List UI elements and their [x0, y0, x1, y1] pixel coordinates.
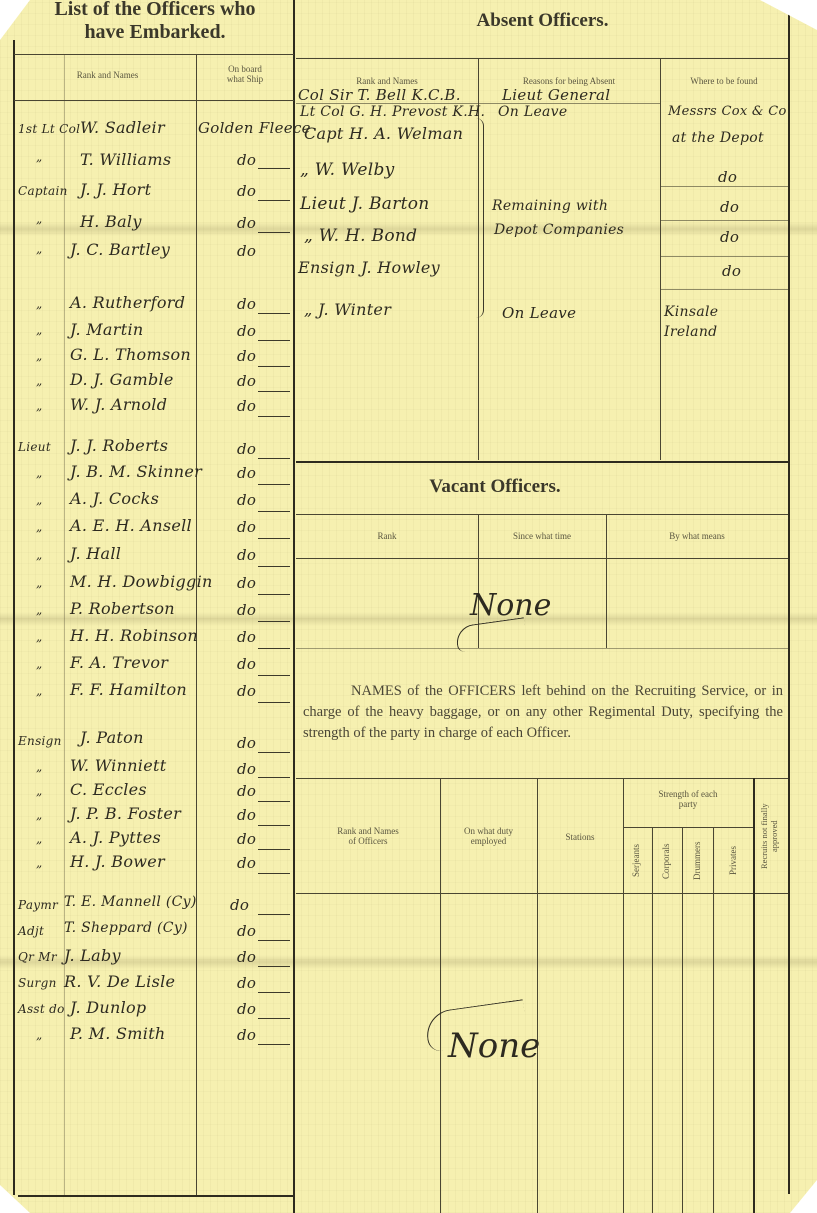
embarked-rank: „ [36, 784, 43, 798]
rule [296, 58, 788, 59]
absent-reason: Lieut General [502, 86, 610, 104]
embarked-rank: Qr Mr [18, 950, 57, 964]
embarked-name: F. F. Hamilton [70, 680, 187, 699]
embarked-rank: „ [36, 399, 43, 413]
embarked-rank: „ [36, 1028, 43, 1042]
embarked-ship: do [237, 655, 256, 673]
section-rule [296, 461, 788, 463]
recruit-col-recruits-line1: Recruits not finally [759, 803, 769, 869]
embarked-ship: do [237, 546, 256, 564]
embarked-ship: do [237, 151, 256, 169]
muster-roll-page: List of the Officers who have Embarked. … [0, 0, 817, 1213]
embarked-name: T. Williams [80, 150, 171, 169]
embarked-ship: do [237, 182, 256, 200]
embarked-name: H. H. Robinson [70, 626, 198, 645]
absent-where: Messrs Cox & Co [668, 104, 787, 119]
absent-rank-name: Ensign J. Howley [298, 258, 440, 277]
underline-dash [258, 849, 290, 850]
embarked-name: W. Sadleir [80, 118, 165, 137]
embarked-rank: „ [36, 242, 43, 256]
rule [296, 778, 788, 779]
underline-dash [258, 825, 290, 826]
embarked-ship: Golden Fleece [198, 119, 311, 137]
recruit-col-privates: Privates [728, 832, 738, 890]
embarked-rank: „ [36, 150, 43, 164]
vacant-col-rank: Rank [296, 531, 478, 541]
embarked-name: H. Baly [80, 212, 142, 231]
underline-dash [258, 232, 290, 233]
absent-reason: On Leave [502, 304, 576, 322]
recruit-col-rank-names: Rank and Names of Officers [296, 826, 440, 846]
absent-where: do [720, 228, 739, 246]
embarked-rank: „ [36, 323, 43, 337]
recruit-col-rank-names-line1: Rank and Names [296, 826, 440, 836]
underline-dash [258, 752, 290, 753]
rule [14, 100, 294, 101]
embarked-rank: „ [36, 297, 43, 311]
embarked-name: M. H. Dowbiggin [70, 572, 213, 591]
absent-where: Kinsale Ireland [664, 302, 764, 342]
embarked-ship: do [237, 806, 256, 824]
underline-dash [258, 621, 290, 622]
embarked-rank: „ [36, 856, 43, 870]
absent-rank-name: „ W. Welby [300, 160, 395, 180]
recruiting-instructions: NAMES of the OFFICERS left behind on the… [303, 681, 783, 744]
embarked-ship: do [237, 682, 256, 700]
embarked-name: A. J. Pyttes [70, 828, 161, 847]
recruit-col-stations: Stations [537, 832, 623, 842]
embarked-ship: do [237, 782, 256, 800]
embarked-rank: „ [36, 657, 43, 671]
vacant-none-entry: None [470, 588, 551, 623]
col-rank-names: Rank and Names [20, 70, 195, 80]
underline-dash [258, 966, 290, 967]
underline-dash [258, 648, 290, 649]
underline-dash [258, 416, 290, 417]
embarked-name: P. Robertson [70, 599, 175, 618]
absent-reason: On Leave [498, 104, 567, 120]
recruit-col-divider [713, 827, 714, 1213]
recruit-col-recruits: Recruits not finally approved [759, 782, 779, 890]
embarked-name: J. B. M. Skinner [70, 462, 202, 481]
embarked-rank: „ [36, 520, 43, 534]
rule [660, 220, 788, 221]
paper-fold [0, 955, 817, 969]
embarked-name: T. Sheppard (Cy) [64, 920, 188, 936]
underline-dash [258, 702, 290, 703]
absent-rank-name: „ J. Winter [304, 300, 391, 319]
embarked-name: W. Winniett [70, 756, 166, 775]
embarked-rank: „ [36, 808, 43, 822]
underline-dash [258, 391, 290, 392]
embarked-name: J. Martin [70, 320, 143, 339]
embarked-rank: „ [36, 576, 43, 590]
embarked-ship: do [237, 464, 256, 482]
embarked-rank: „ [36, 374, 43, 388]
underline-dash [258, 873, 290, 874]
embarked-rank: „ [36, 684, 43, 698]
recruit-col-duty: On what duty employed [440, 826, 537, 846]
embarked-rank: Lieut [18, 440, 51, 454]
underline-dash [258, 992, 290, 993]
embarked-rank: „ [36, 630, 43, 644]
embarked-name: P. M. Smith [70, 1024, 166, 1043]
rank-col-divider [64, 55, 65, 1195]
embarked-ship: do [237, 1026, 256, 1044]
absent-reason: Remaining with [492, 198, 608, 214]
embarked-ship: do [237, 491, 256, 509]
absent-reason: Depot Companies [494, 222, 624, 238]
embarked-ship: do [237, 440, 256, 458]
col-on-board-line2: what Ship [197, 74, 293, 84]
embarked-rank: „ [36, 466, 43, 480]
recruit-col-recruits-line2: approved [769, 820, 779, 852]
embarked-ship: do [230, 896, 249, 914]
absent-rank-name: Capt H. A. Welman [304, 124, 463, 143]
underline-dash [258, 458, 290, 459]
embarked-rank: „ [36, 349, 43, 363]
embarked-rank: „ [36, 212, 43, 226]
absent-col-rank-names: Rank and Names [296, 76, 478, 86]
left-border [13, 40, 15, 1195]
embarked-ship: do [237, 734, 256, 752]
col-on-board-line1: On board [197, 64, 293, 74]
embarked-name: A. E. H. Ansell [70, 516, 192, 535]
underline-dash [258, 168, 290, 169]
embarked-name: J. P. B. Foster [70, 804, 181, 823]
recruit-col-divider [652, 827, 653, 1213]
underline-dash [258, 484, 290, 485]
embarked-rank: „ [36, 548, 43, 562]
embarked-name: J. Hall [70, 544, 121, 563]
embarked-rank: 1st Lt Col [18, 122, 80, 136]
rule [660, 289, 788, 290]
vacant-col-means: By what means [606, 531, 788, 541]
embarked-rank: Asst do [18, 1002, 65, 1016]
underline-dash [258, 511, 290, 512]
recruit-col-divider [623, 778, 624, 1213]
embarked-ship: do [237, 922, 256, 940]
embarked-ship: do [237, 242, 256, 260]
embarked-ship: do [237, 372, 256, 390]
embarked-ship: do [237, 295, 256, 313]
embarked-ship: do [237, 830, 256, 848]
embarked-name: A. Rutherford [70, 293, 185, 312]
absent-col-where: Where to be found [660, 76, 788, 86]
embarked-name: W. J. Arnold [70, 395, 167, 414]
absent-rank-name: „ W. H. Bond [304, 226, 417, 246]
ship-col-divider [196, 55, 197, 1195]
rule [660, 256, 788, 257]
embarked-rank: Adjt [18, 924, 44, 938]
rule [296, 648, 788, 649]
absent-where: do [718, 168, 737, 186]
embarked-rank: „ [36, 832, 43, 846]
embarked-rank: Surgn [18, 976, 57, 990]
vacant-col-since: Since what time [478, 531, 606, 541]
recruit-col-strength-line2: party [623, 799, 753, 809]
recruit-col-serjeants: Serjeants [631, 832, 641, 890]
embarked-name: R. V. De Lisle [64, 972, 175, 991]
underline-dash [258, 801, 290, 802]
underline-dash [258, 777, 290, 778]
embarked-ship: do [237, 1000, 256, 1018]
embarked-name: J. Laby [64, 946, 121, 965]
embarked-name: J. Dunlop [70, 998, 146, 1017]
embarked-ship: do [237, 214, 256, 232]
absent-rank-name: Col Sir T. Bell K.C.B. [298, 86, 461, 104]
underline-dash [258, 940, 290, 941]
recruit-col-rank-names-line2: of Officers [296, 836, 440, 846]
embarked-ship: do [237, 948, 256, 966]
embarked-ship: do [237, 347, 256, 365]
embarked-ship: do [237, 322, 256, 340]
embarked-rank: „ [36, 760, 43, 774]
rule [296, 558, 788, 559]
recruit-col-strength-line1: Strength of each [623, 789, 753, 799]
absent-where: do [720, 198, 739, 216]
rule [296, 514, 788, 515]
recruit-col-divider [537, 778, 538, 1213]
embarked-title: List of the Officers who have Embarked. [20, 0, 290, 44]
underline-dash [258, 914, 290, 915]
vacant-title: Vacant Officers. [295, 476, 695, 498]
embarked-ship: do [237, 574, 256, 592]
underline-dash [258, 200, 290, 201]
embarked-ship: do [237, 397, 256, 415]
embarked-name: H. J. Bower [70, 852, 165, 871]
absent-where: do [722, 262, 741, 280]
embarked-name: J. Paton [80, 728, 144, 747]
recruit-col-divider [682, 827, 683, 1213]
embarked-ship: do [237, 518, 256, 536]
absent-title: Absent Officers. [295, 10, 790, 32]
center-divider [293, 0, 295, 1213]
rule [623, 827, 753, 828]
rule [660, 186, 788, 187]
embarked-name: G. L. Thomson [70, 345, 191, 364]
embarked-rank: Paymr [18, 898, 58, 912]
embarked-ship: do [237, 601, 256, 619]
underline-dash [258, 340, 290, 341]
embarked-ship: do [237, 760, 256, 778]
grouping-brace [476, 118, 484, 318]
embarked-rank: „ [36, 603, 43, 617]
recruit-col-corporals: Corporals [661, 832, 671, 890]
embarked-name: J. J. Hort [80, 180, 151, 199]
absent-col-divider [660, 58, 661, 460]
embarked-title-line1: List of the Officers who [20, 0, 290, 21]
underline-dash [258, 1044, 290, 1045]
recruit-col-duty-line1: On what duty [440, 826, 537, 836]
embarked-name: T. E. Mannell (Cy) [64, 894, 197, 910]
absent-rank-name: Lieut J. Barton [300, 194, 430, 214]
underline-dash [258, 313, 290, 314]
rule [14, 54, 294, 55]
embarked-ship: do [237, 628, 256, 646]
underline-dash [258, 538, 290, 539]
absent-col-reasons: Reasons for being Absent [478, 76, 660, 86]
embarked-rank: Captain [18, 184, 68, 198]
recruit-col-drummers: Drummers [692, 832, 702, 890]
embarked-rank: Ensign [18, 734, 62, 748]
col-on-board: On board what Ship [197, 64, 293, 84]
embarked-ship: do [237, 974, 256, 992]
embarked-name: J. C. Bartley [70, 240, 170, 259]
embarked-name: J. J. Roberts [70, 436, 168, 455]
embarked-name: D. J. Gamble [70, 370, 174, 389]
absent-where: at the Depot [672, 130, 764, 146]
underline-dash [258, 1018, 290, 1019]
embarked-title-line2: have Embarked. [20, 21, 290, 44]
embarked-rank: „ [36, 493, 43, 507]
recruit-col-strength: Strength of each party [623, 789, 753, 809]
underline-dash [258, 594, 290, 595]
embarked-ship: do [237, 854, 256, 872]
recruit-col-divider [753, 778, 755, 1213]
recruit-col-duty-line2: employed [440, 836, 537, 846]
absent-rank-name: Lt Col G. H. Prevost K.H. [300, 104, 485, 120]
embarked-name: C. Eccles [70, 780, 147, 799]
underline-dash [258, 366, 290, 367]
bottom-rule [18, 1195, 294, 1197]
rule [296, 893, 788, 894]
embarked-name: F. A. Trevor [70, 653, 168, 672]
underline-dash [258, 566, 290, 567]
right-border [788, 14, 790, 1194]
underline-dash [258, 675, 290, 676]
embarked-name: A. J. Cocks [70, 489, 159, 508]
